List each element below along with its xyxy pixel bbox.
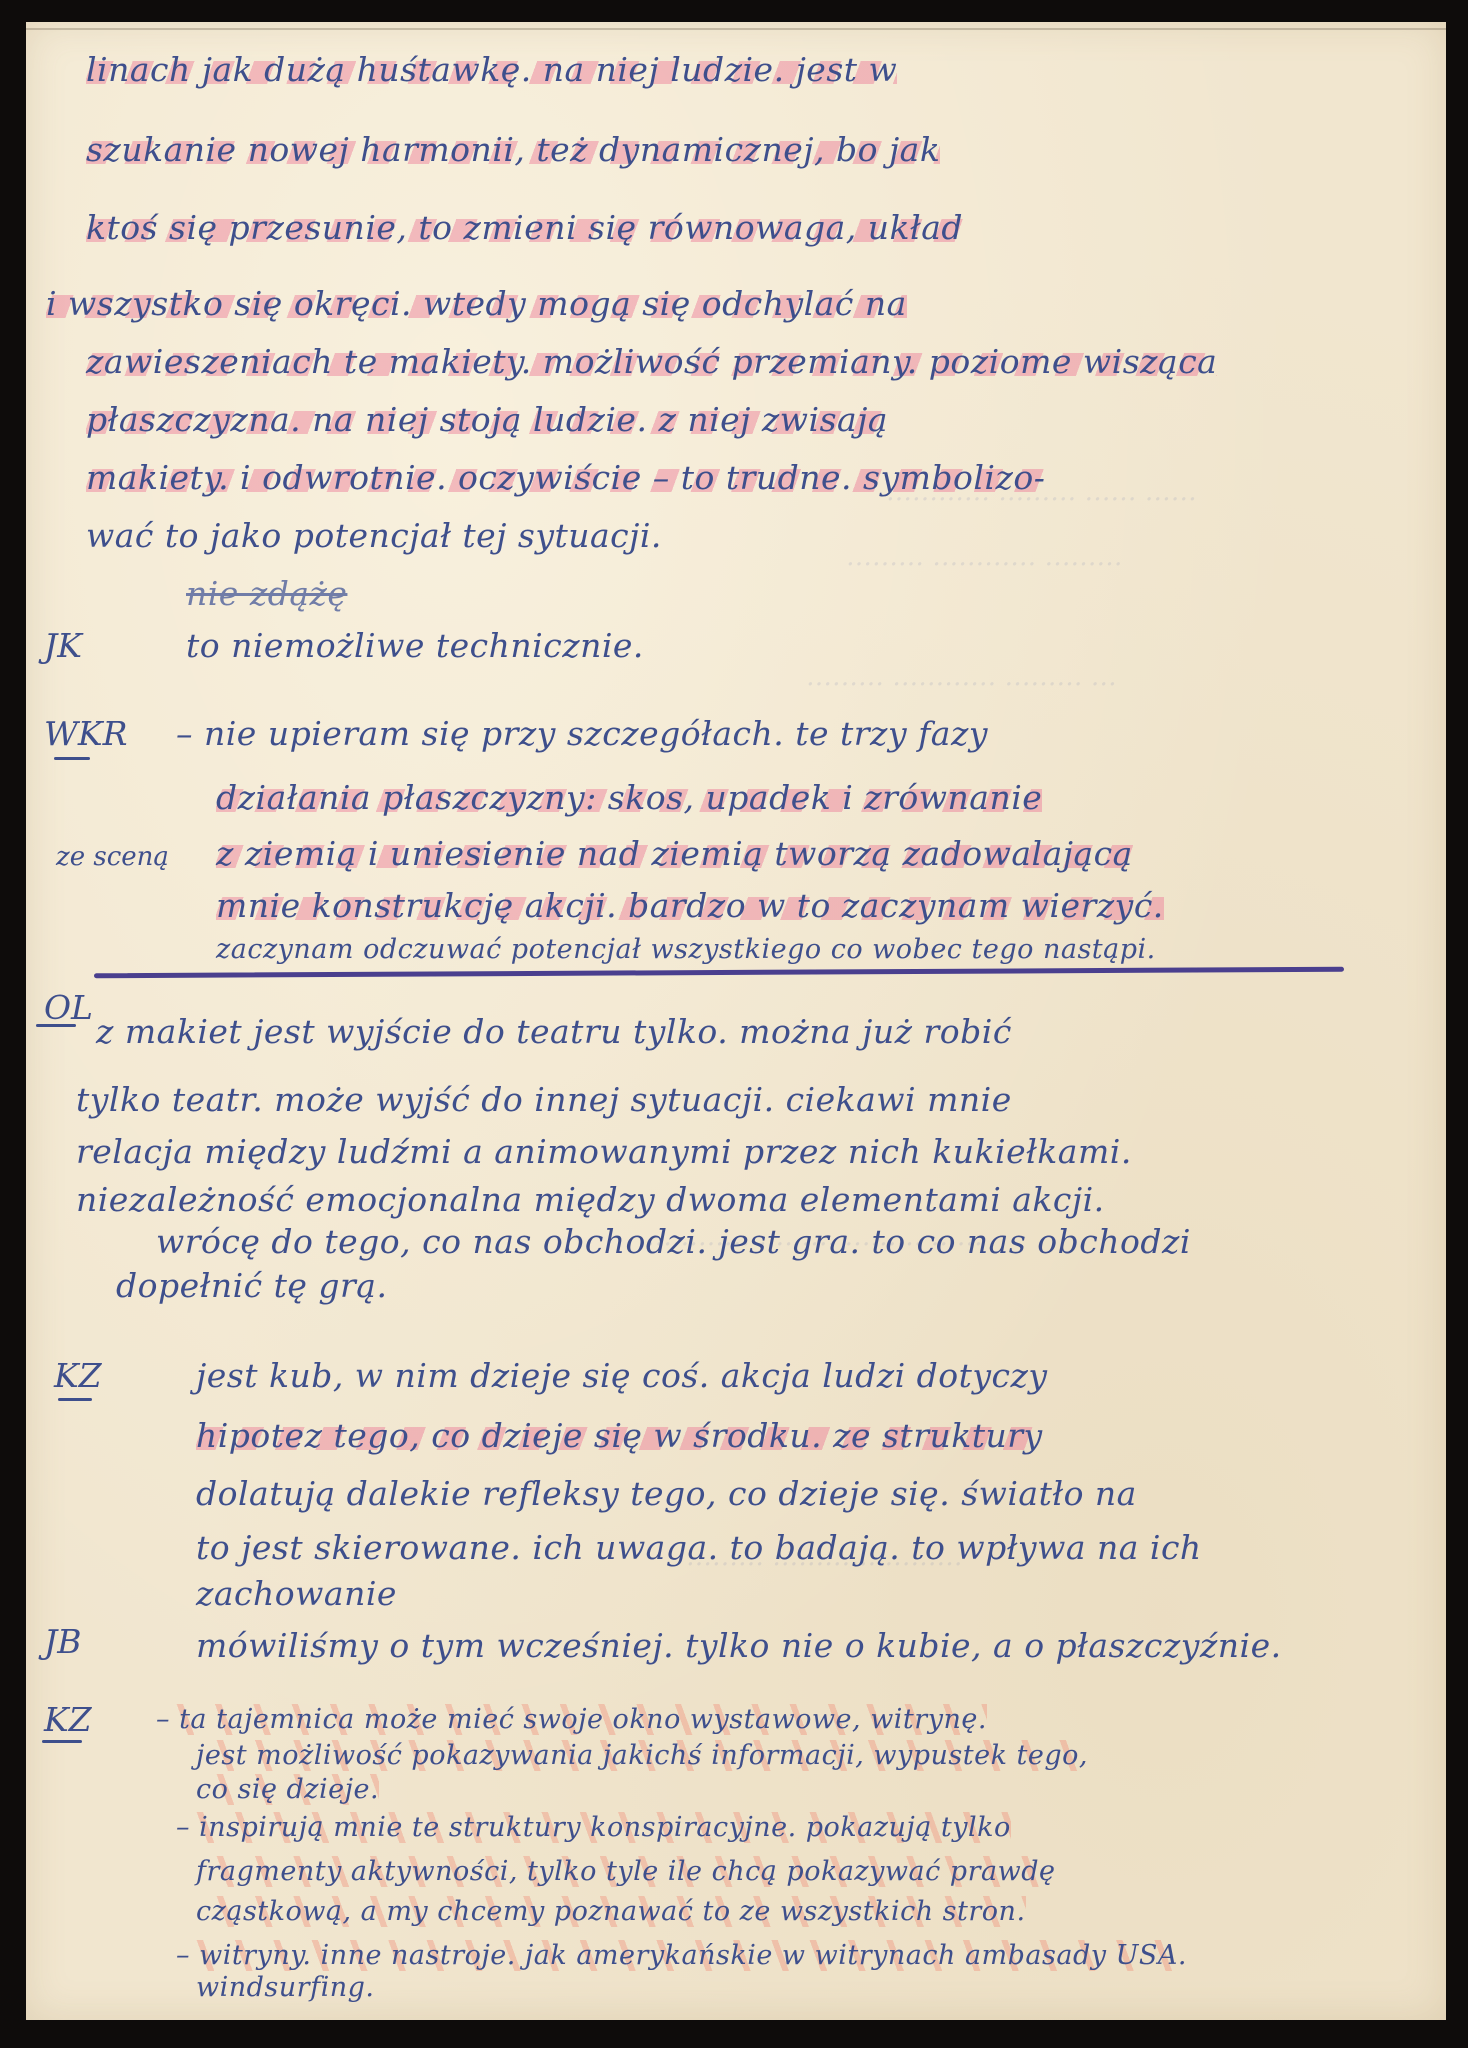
speaker-underline [54, 757, 90, 760]
speaker-label: KZ [54, 1356, 102, 1395]
text-line: cząstkową, a my chcemy poznawać to ze ws… [196, 1896, 1026, 1927]
text-line: wrócę do tego, co nas obchodzi. jest gra… [156, 1222, 1191, 1261]
bleed-through-text: ……… ………… ……… [846, 542, 1123, 572]
text-line: tylko teatr. może wyjść do innej sytuacj… [76, 1080, 1012, 1119]
text-line: to jest skierowane. ich uwaga. to badają… [196, 1528, 1202, 1567]
speaker-label: JB [44, 1622, 81, 1661]
text-line: – witryny. inne nastroje. jak amerykańsk… [176, 1940, 1187, 1971]
text-line: linach jak dużą huśtawkę. na niej ludzie… [86, 50, 897, 89]
text-line: płaszczyzna. na niej stoją ludzie. z nie… [86, 400, 888, 439]
text-line: hipotez tego, co dzieje się w środku. ze… [196, 1416, 1043, 1455]
text-line: zawieszeniach te makiety. możliwość prze… [86, 342, 1217, 381]
speaker-underline [42, 1740, 82, 1743]
line-text: linach jak dużą huśtawkę. na niej ludzie… [86, 50, 897, 89]
text-line: fragmenty aktywności, tylko tyle ile chc… [196, 1856, 1055, 1887]
text-line: makiety. i odwrotnie. oczywiście – to tr… [86, 458, 1045, 497]
paper-sheet: ………… ……… …… …… ……… ………… ……… ……… ………… ………… [26, 22, 1446, 2020]
text-line: z makiet jest wyjście do teatru tylko. m… [96, 1012, 1012, 1051]
text-line: niezależność emocjonalna między dwoma el… [76, 1180, 1105, 1219]
text-line: mnie konstrukcję akcji. bardzo w to zacz… [216, 886, 1164, 925]
bleed-through-text: ……… ………… ……… … [806, 662, 1117, 692]
paper-fold-edge [26, 28, 1446, 30]
text-line: – inspirują mnie te struktury konspiracy… [176, 1812, 1011, 1843]
speaker-underline [58, 1398, 92, 1401]
margin-note: ze sceną [56, 842, 169, 872]
text-line: jest kub, w nim dzieje się coś. akcja lu… [196, 1356, 1048, 1395]
text-line: szukanie nowej harmonii, też dynamicznej… [86, 130, 940, 169]
text-line: – ta tajemnica może mieć swoje okno wyst… [156, 1704, 987, 1735]
text-line: mówiliśmy o tym wcześniej. tylko nie o k… [196, 1626, 1282, 1665]
text-line: z ziemią i uniesienie nad ziemią tworzą … [216, 834, 1133, 873]
text-line: ktoś się przesunie, to zmieni się równow… [86, 208, 963, 247]
text-line: dopełnić tę grą. [116, 1266, 387, 1305]
text-line: i wszystko się okręci. wtedy mogą się od… [46, 284, 907, 323]
speaker-label: KZ [44, 1700, 92, 1739]
text-line: zachowanie [196, 1574, 397, 1613]
text-line: windsurfing. [196, 1972, 374, 2003]
text-line: wać to jako potencjał tej sytuacji. [86, 516, 662, 555]
text-line: co się dzieje. [196, 1774, 379, 1805]
speaker-label: WKR [44, 714, 127, 753]
text-line: zaczynam odczuwać potencjał wszystkiego … [216, 934, 1156, 965]
struck-text-line: nie zdążę [186, 574, 347, 613]
speaker-label: OL [44, 988, 93, 1027]
text-line: relacja między ludźmi a animowanymi prze… [76, 1132, 1132, 1171]
text-line: jest możliwość pokazywania jakichś infor… [196, 1740, 1088, 1771]
section-divider [94, 967, 1344, 979]
speaker-underline [36, 1024, 76, 1027]
speaker-label: JK [44, 626, 82, 665]
text-line: to niemożliwe technicznie. [186, 626, 644, 665]
text-line: – nie upieram się przy szczegółach. te t… [176, 714, 988, 753]
text-line: dolatują dalekie refleksy tego, co dziej… [196, 1474, 1137, 1513]
text-line: działania płaszczyzny: skos, upadek i zr… [216, 778, 1042, 817]
